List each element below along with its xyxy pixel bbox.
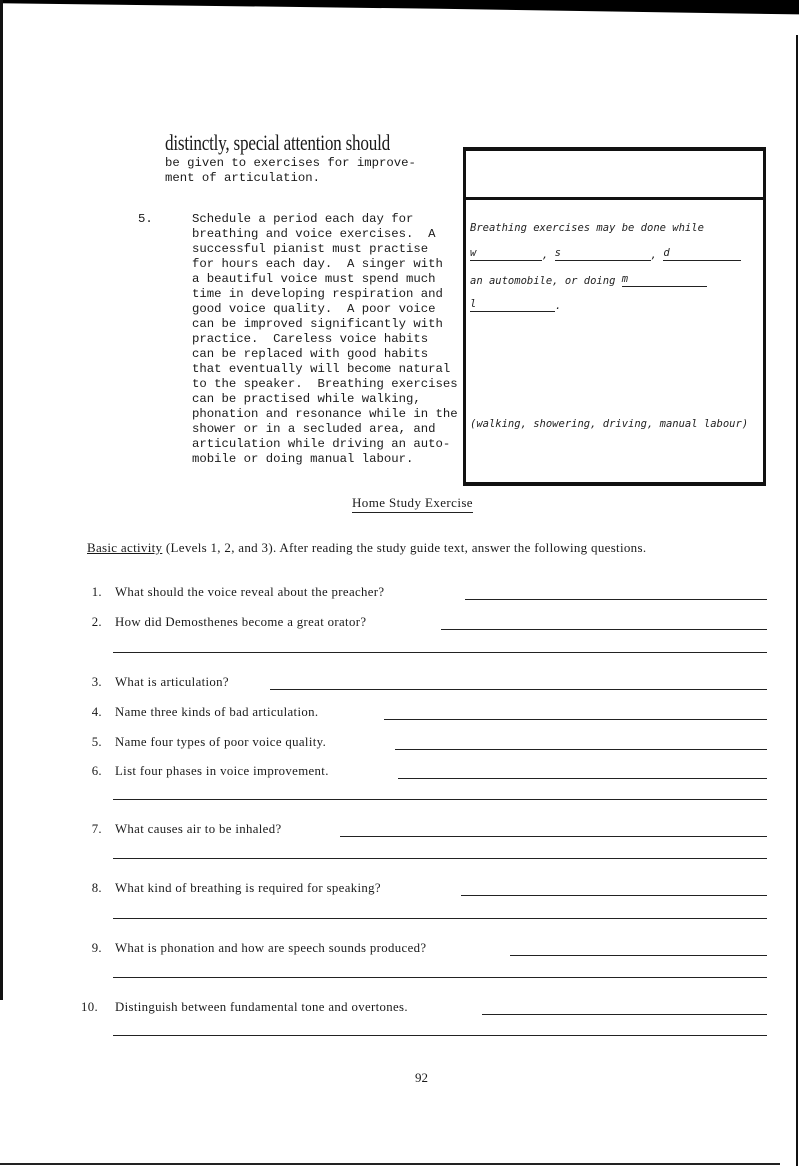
- item-5-line: that eventually will become natural: [192, 362, 455, 377]
- question-text: How did Demosthenes become a great orato…: [115, 615, 366, 630]
- question-row: 1.What should the voice reveal about the…: [78, 585, 768, 601]
- item-5-line: a beautiful voice must spend much: [192, 272, 455, 287]
- answer-line[interactable]: [340, 836, 767, 837]
- answer-line[interactable]: [398, 778, 767, 779]
- answer-line[interactable]: [465, 599, 767, 600]
- answer-line[interactable]: [482, 1014, 767, 1015]
- blank-showering[interactable]: s: [555, 247, 651, 261]
- item-5-line: can be replaced with good habits: [192, 347, 455, 362]
- frame-prompt: Breathing exercises may be done while: [470, 222, 704, 234]
- item-5-line: mobile or doing manual labour.: [192, 452, 455, 467]
- question-number: 9.: [82, 941, 102, 956]
- headline-text: distinctly, special attention should: [165, 130, 370, 156]
- question-number: 1.: [82, 585, 102, 600]
- question-row: 8.What kind of breathing is required for…: [78, 881, 768, 897]
- continuation-line: ment of articulation.: [165, 171, 428, 186]
- question-row: 3.What is articulation?: [78, 675, 768, 691]
- item-5-line: breathing and voice exercises. A: [192, 227, 455, 242]
- item-5-line: can be improved significantly with: [192, 317, 455, 332]
- question-text: Name four types of poor voice quality.: [115, 735, 326, 750]
- answer-line-continuation[interactable]: [113, 799, 767, 800]
- item-5-line: phonation and resonance while in the: [192, 407, 455, 422]
- item-5-line: time in developing respiration and: [192, 287, 455, 302]
- answer-line[interactable]: [395, 749, 767, 750]
- question-number: 4.: [82, 705, 102, 720]
- frame-blanks-row-2: an automobile, or doing m: [470, 273, 707, 287]
- scan-edge-top: [0, 0, 799, 16]
- question-text: Distinguish between fundamental tone and…: [115, 1000, 408, 1015]
- answer-line[interactable]: [510, 955, 767, 956]
- continuation-line: be given to exercises for improve-: [165, 156, 428, 171]
- blank-labour[interactable]: l: [470, 298, 555, 312]
- question-number: 8.: [82, 881, 102, 896]
- question-row: 2.How did Demosthenes become a great ora…: [78, 615, 768, 631]
- question-number: 7.: [82, 822, 102, 837]
- scan-edge-right: [796, 35, 798, 1166]
- answer-line[interactable]: [441, 629, 767, 630]
- question-text: List four phases in voice improvement.: [115, 764, 329, 779]
- page-number: 92: [415, 1070, 428, 1086]
- answer-line[interactable]: [270, 689, 767, 690]
- question-row: 7.What causes air to be inhaled?: [78, 822, 768, 838]
- answer-line-continuation[interactable]: [113, 918, 767, 919]
- item-5-line: practice. Careless voice habits: [192, 332, 455, 347]
- blank-walking[interactable]: w: [470, 247, 542, 261]
- question-number: 5.: [82, 735, 102, 750]
- study-text-column: distinctly, special attention should be …: [138, 130, 428, 186]
- question-text: What is articulation?: [115, 675, 229, 690]
- question-row: 6.List four phases in voice improvement.: [78, 764, 768, 780]
- question-row: 4.Name three kinds of bad articulation.: [78, 705, 768, 721]
- item-5-line: Schedule a period each day for: [192, 212, 455, 227]
- question-number: 6.: [82, 764, 102, 779]
- question-text: What is phonation and how are speech sou…: [115, 941, 426, 956]
- item-5-line: successful pianist must practise: [192, 242, 455, 257]
- question-row: 5.Name four types of poor voice quality.: [78, 735, 768, 751]
- answer-line-continuation[interactable]: [113, 1035, 767, 1036]
- scan-edge-bottom: [0, 1163, 780, 1165]
- item-5-paragraph: Schedule a period each day forbreathing …: [165, 212, 455, 467]
- programmed-frame-box: Breathing exercises may be done while w,…: [463, 147, 766, 486]
- frame-text: an automobile, or doing: [470, 275, 622, 287]
- answer-line-continuation[interactable]: [113, 858, 767, 859]
- item-number: 5.: [138, 212, 153, 226]
- frame-blanks-row-3: l.: [470, 298, 561, 312]
- item-5-line: can be practised while walking,: [192, 392, 455, 407]
- question-row: 10.Distinguish between fundamental tone …: [78, 1000, 768, 1016]
- answer-line[interactable]: [384, 719, 767, 720]
- intro-label: Basic activity: [87, 540, 162, 555]
- answer-line-continuation[interactable]: [113, 652, 767, 653]
- question-text: What should the voice reveal about the p…: [115, 585, 384, 600]
- question-text: Name three kinds of bad articulation.: [115, 705, 318, 720]
- exercise-intro: Basic activity (Levels 1, 2, and 3). Aft…: [87, 540, 767, 555]
- intro-text: (Levels 1, 2, and 3). After reading the …: [162, 540, 646, 555]
- item-5-line: to the speaker. Breathing exercises: [192, 377, 455, 392]
- question-text: What causes air to be inhaled?: [115, 822, 281, 837]
- answer-line-continuation[interactable]: [113, 977, 767, 978]
- item-5-line: good voice quality. A poor voice: [192, 302, 455, 317]
- scan-edge-left: [0, 0, 3, 1000]
- item-5-line: for hours each day. A singer with: [192, 257, 455, 272]
- frame-answer-key: (walking, showering, driving, manual lab…: [470, 418, 748, 430]
- answer-line[interactable]: [461, 895, 767, 896]
- question-number: 10.: [78, 1000, 98, 1015]
- question-number: 2.: [82, 615, 102, 630]
- item-5-line: shower or in a secluded area, and: [192, 422, 455, 437]
- frame-blanks-row-1: w, s, d: [470, 247, 741, 261]
- section-title: Home Study Exercise: [352, 495, 473, 513]
- frame-box-body: Breathing exercises may be done while w,…: [466, 200, 763, 480]
- frame-box-header: [466, 151, 763, 200]
- blank-manual[interactable]: m: [622, 273, 707, 287]
- question-row: 9.What is phonation and how are speech s…: [78, 941, 768, 957]
- question-number: 3.: [82, 675, 102, 690]
- blank-driving[interactable]: d: [663, 247, 741, 261]
- question-text: What kind of breathing is required for s…: [115, 881, 381, 896]
- item-5-line: articulation while driving an auto-: [192, 437, 455, 452]
